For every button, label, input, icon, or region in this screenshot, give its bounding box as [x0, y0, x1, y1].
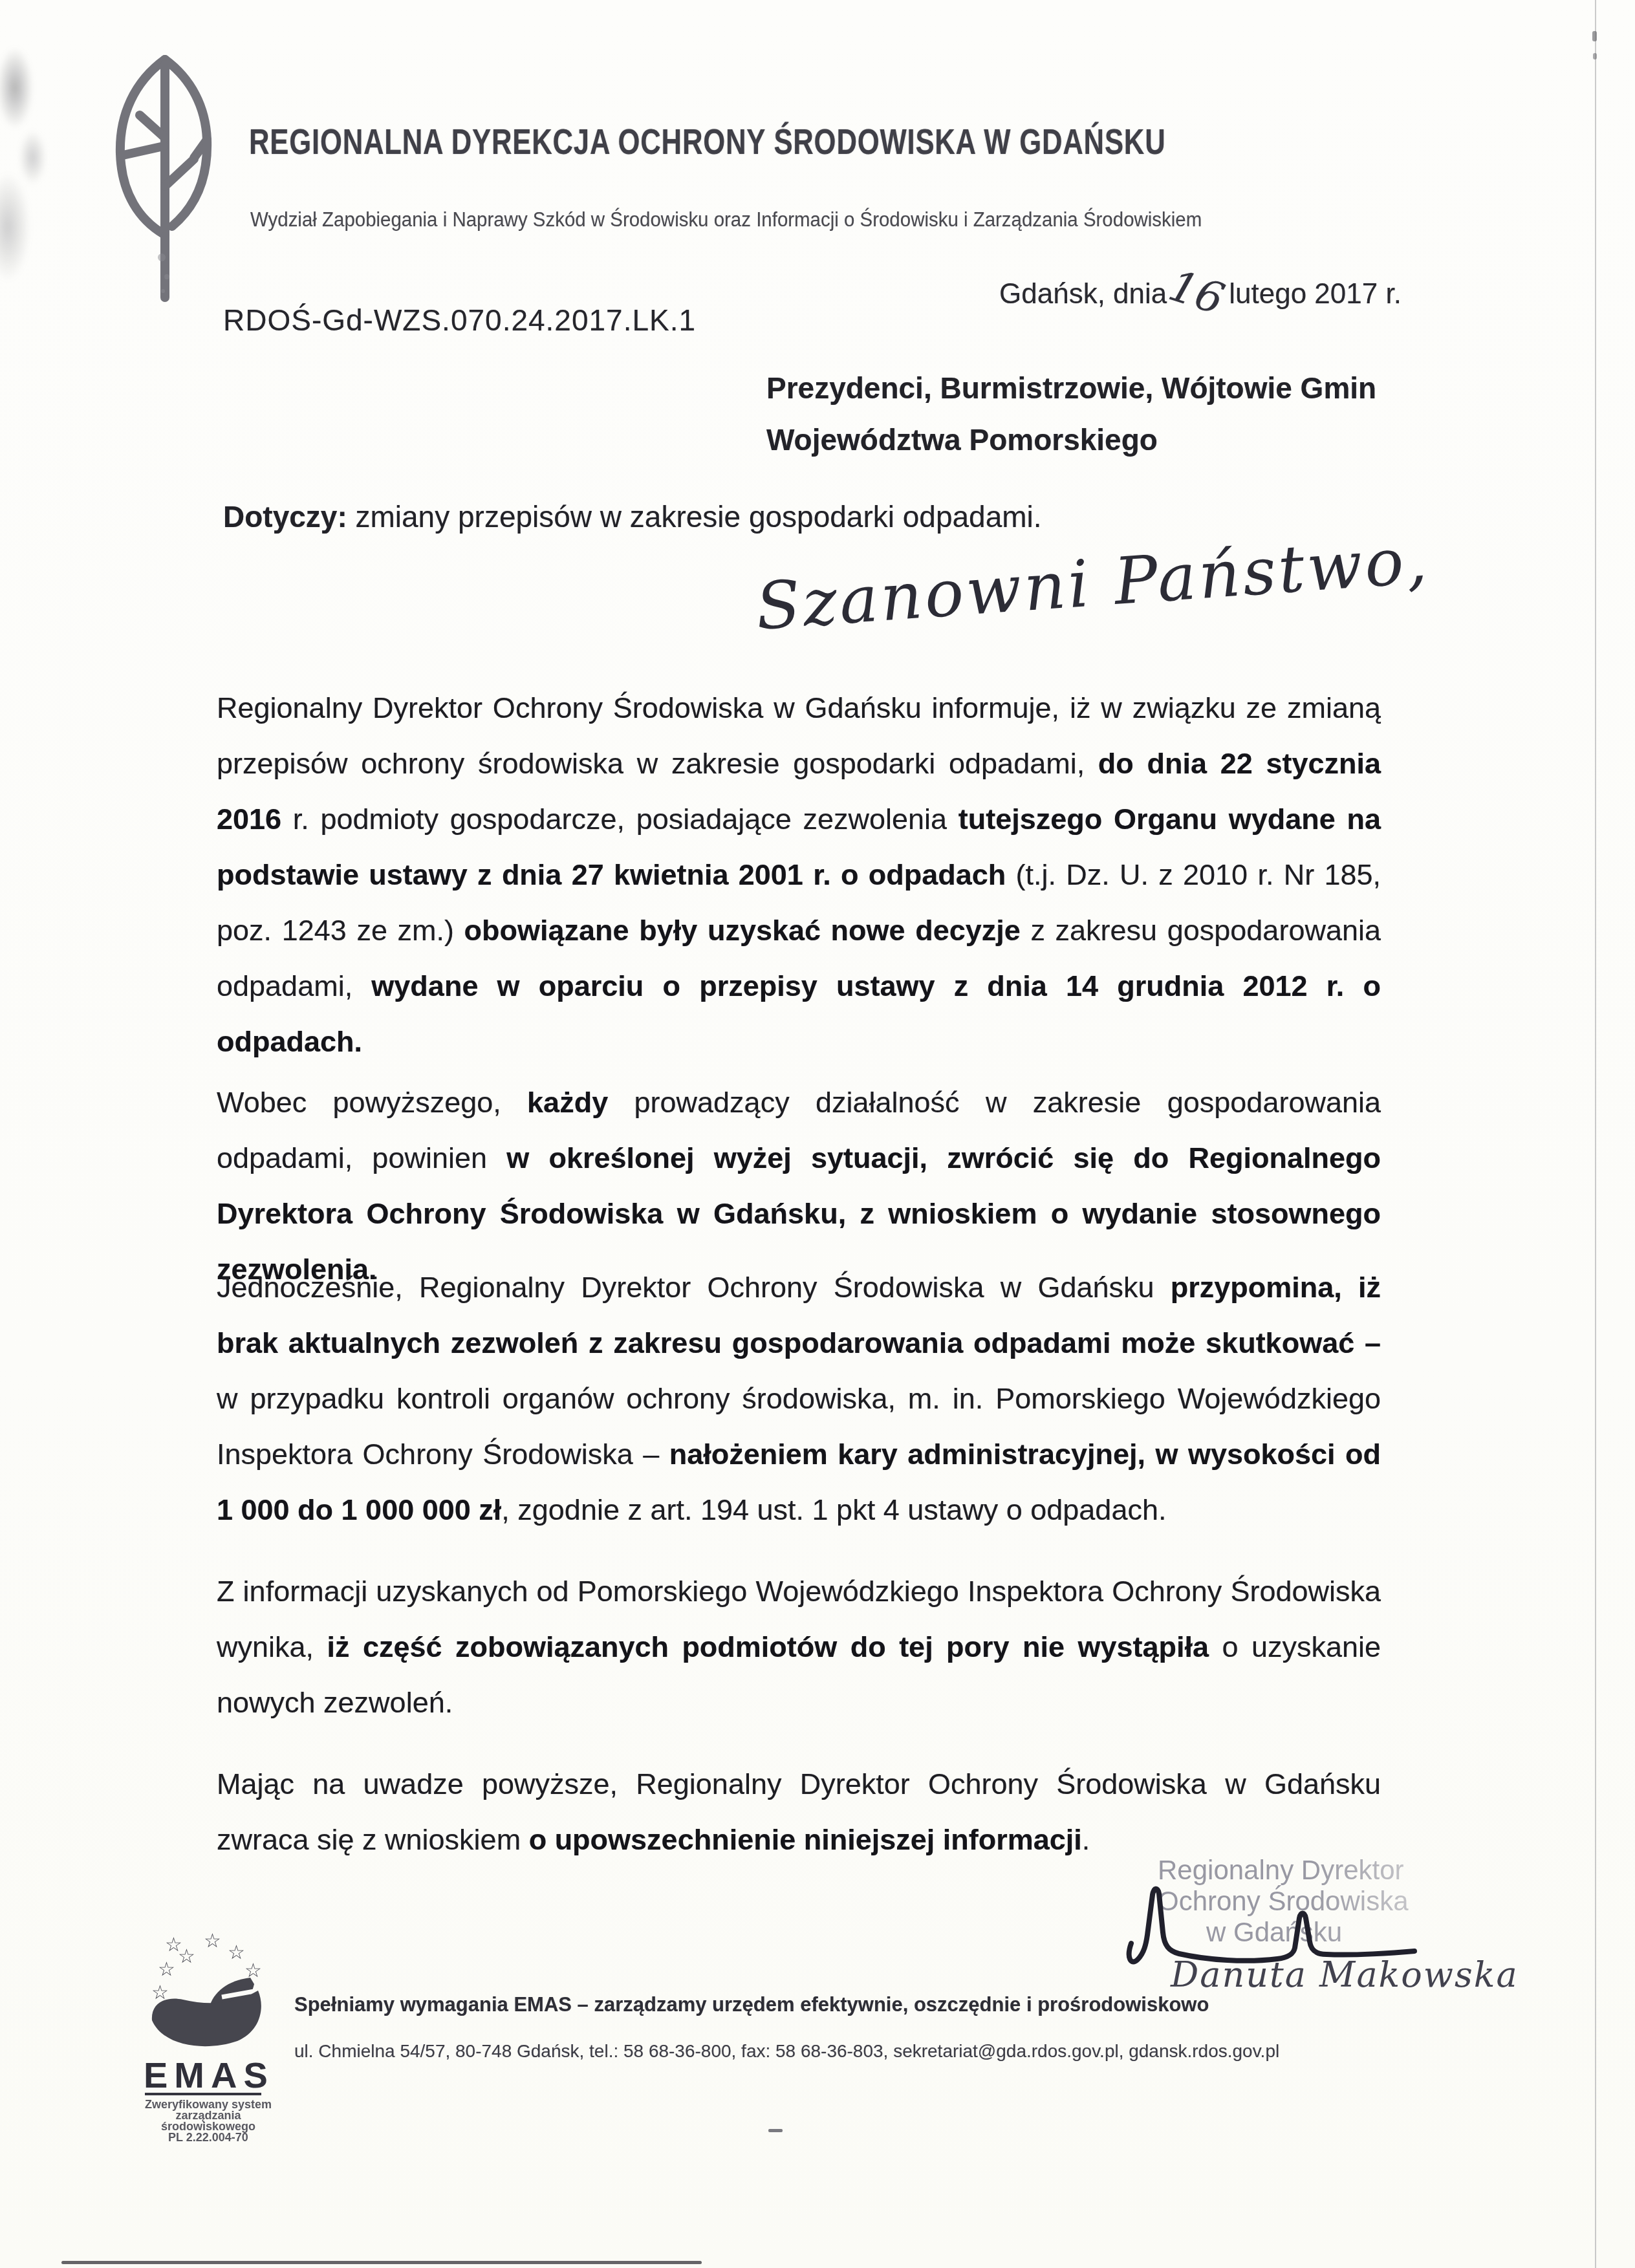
footer-motto: Spełniamy wymagania EMAS – zarządzamy ur… [294, 1993, 1209, 2016]
recipient-line-2: Województwa Pomorskiego [766, 414, 1376, 466]
emas-logo: ☆ ☆ ☆ ☆ ☆ ☆ ☆ EMAS Zweryfikowany system … [144, 1927, 279, 2150]
subject-label: Dotyczy: [223, 500, 347, 534]
subject-text: zmiany przepisów w zakresie gospodarki o… [347, 500, 1042, 534]
rdos-leaf-logo-icon [97, 50, 233, 309]
body-paragraph-3: Jednocześnie, Regionalny Dyrektor Ochron… [217, 1260, 1381, 1538]
subject-line: Dotyczy: zmiany przepisów w zakresie gos… [223, 499, 1042, 534]
scan-speck [1592, 31, 1597, 41]
body-paragraph-1: Regionalny Dyrektor Ochrony Środowiska w… [217, 680, 1381, 1070]
handwritten-greeting: Szanowni Państwo, [753, 522, 1432, 644]
emas-swoosh-icon [147, 1974, 270, 2058]
dateline-prefix: Gdańsk, dnia [999, 278, 1167, 310]
scanned-letter-page: REGIONALNA DYREKCJA OCHRONY ŚRODOWISKA W… [0, 0, 1635, 2268]
org-name-title: REGIONALNA DYREKCJA OCHRONY ŚRODOWISKA W… [249, 120, 1165, 162]
scan-smudge-artifact [0, 32, 65, 310]
scan-dash-artifact [768, 2129, 783, 2132]
footer-address: ul. Chmielna 54/57, 80-748 Gdańsk, tel.:… [294, 2041, 1279, 2062]
scan-speck [1593, 53, 1597, 59]
recipient-block: Prezydenci, Burmistrzowie, Wójtowie Gmin… [766, 362, 1376, 466]
department-subtitle: Wydział Zapobiegania i Naprawy Szkód w Ś… [250, 208, 1202, 232]
handwritten-day: 16 [1164, 261, 1231, 325]
signed-name: Danuta Makowska [1171, 1954, 1519, 1995]
emas-divider [145, 2093, 261, 2095]
dateline-suffix: lutego 2017 r. [1229, 278, 1402, 310]
recipient-line-1: Prezydenci, Burmistrzowie, Wójtowie Gmin [766, 362, 1376, 414]
dateline: Gdańsk, dnia16lutego 2017 r. [999, 264, 1402, 314]
scan-edge-line [1595, 0, 1596, 2268]
emas-caption: Zweryfikowany system zarządzania środowi… [140, 2099, 276, 2143]
emas-acronym: EMAS [144, 2054, 273, 2096]
star-icon: ☆ [228, 1941, 245, 1964]
body-paragraph-5: Mając na uwadze powyższe, Regionalny Dyr… [217, 1756, 1381, 1868]
star-icon: ☆ [204, 1930, 221, 1952]
star-icon: ☆ [178, 1945, 195, 1968]
scan-bottom-edge-line [61, 2261, 702, 2264]
reference-number: RDOŚ-Gd-WZS.070.24.2017.LK.1 [223, 303, 696, 338]
body-paragraph-4: Z informacji uzyskanych od Pomorskiego W… [217, 1564, 1381, 1731]
